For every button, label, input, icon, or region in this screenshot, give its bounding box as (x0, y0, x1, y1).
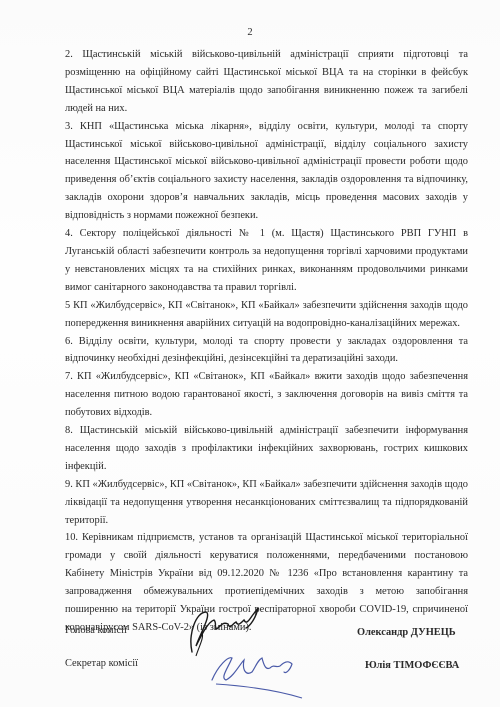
chair-role: Голова комісії (65, 625, 127, 636)
secretary-signature-icon (206, 646, 306, 701)
secretary-name: Юлія ТІМОФЄЄВА (365, 660, 459, 671)
document-page: 2 2. Щастинській міській військово-цивіл… (0, 0, 500, 707)
secretary-role: Секретар комісії (65, 658, 138, 669)
chair-name: Олександр ДУНЕЦЬ (357, 627, 456, 638)
signature-block: Голова комісії Олександр ДУНЕЦЬ Секретар… (65, 0, 468, 707)
